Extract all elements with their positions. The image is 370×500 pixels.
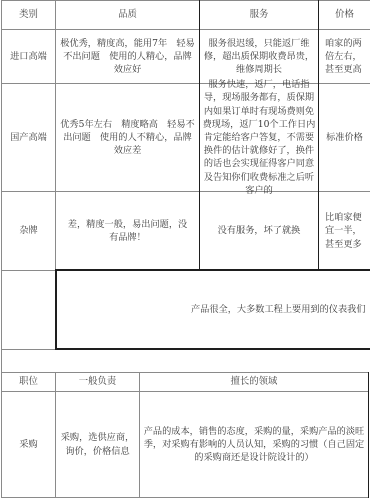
header-price: 价格	[319, 1, 370, 29]
left-cell-divider	[1, 270, 56, 271]
left-cell-divider	[1, 349, 56, 350]
table-row-generic-service: 没有服务，坏了就换	[200, 192, 318, 270]
table2-right-border	[368, 372, 369, 498]
table-row-domestic-quality: 优秀5年左右 精度略高 轻易不出问题 使用的人不精心，品牌效应差	[56, 84, 199, 191]
table2-bottom-border	[1, 497, 369, 498]
header-expertise: 擅长的领域	[140, 373, 368, 391]
table-row-domestic-category: 国产高端	[2, 84, 55, 191]
table-row-generic-category: 杂牌	[2, 192, 55, 270]
header-position: 职位	[2, 373, 55, 391]
highlight-box-bottom-border	[55, 348, 370, 350]
table-row-domestic-price: 标准价格	[319, 84, 370, 191]
table-row-imported-service: 服务很迟缓，只能返厂维修，超出质保期收费昂贵，维修周期长	[200, 30, 318, 83]
table-row-procurement-expertise: 产品的成本，销售的态度，采购的量，采购产品的淡旺季，对采购有影响的人员认知，采购…	[140, 392, 368, 497]
table-row-procurement-responsibility: 采购，选供应商，询价，价格信息	[56, 392, 139, 497]
highlight-box-text: 产品很全，大多数工程上要用到的仪表我们	[191, 271, 370, 348]
table-row-domestic-service: 服务快速，返厂，电话指导，现场服务都有，质保期内如果订单时有现场费则免费现场，返…	[200, 84, 318, 191]
header-responsibility: 一般负责	[56, 373, 139, 391]
header-service: 服务	[200, 1, 318, 29]
header-category: 类别	[2, 1, 55, 29]
table-row-generic-quality: 差，精度一般，易出问题，没有品牌！	[56, 192, 199, 270]
table-row-procurement-position: 采购	[2, 392, 55, 497]
table-row-generic-price: 比咱家便宜一半，甚至更多	[319, 192, 370, 270]
table-row-imported-category: 进口高端	[2, 30, 55, 83]
highlight-box-left-border	[55, 269, 57, 350]
table-row-imported-price: 咱家的两倍左右，甚至更高	[319, 30, 370, 83]
header-quality: 品质	[56, 1, 199, 29]
table-row-imported-quality: 极优秀，精度高，能用7年 轻易不出问题 使用的人精心，品牌效应好	[56, 30, 199, 83]
